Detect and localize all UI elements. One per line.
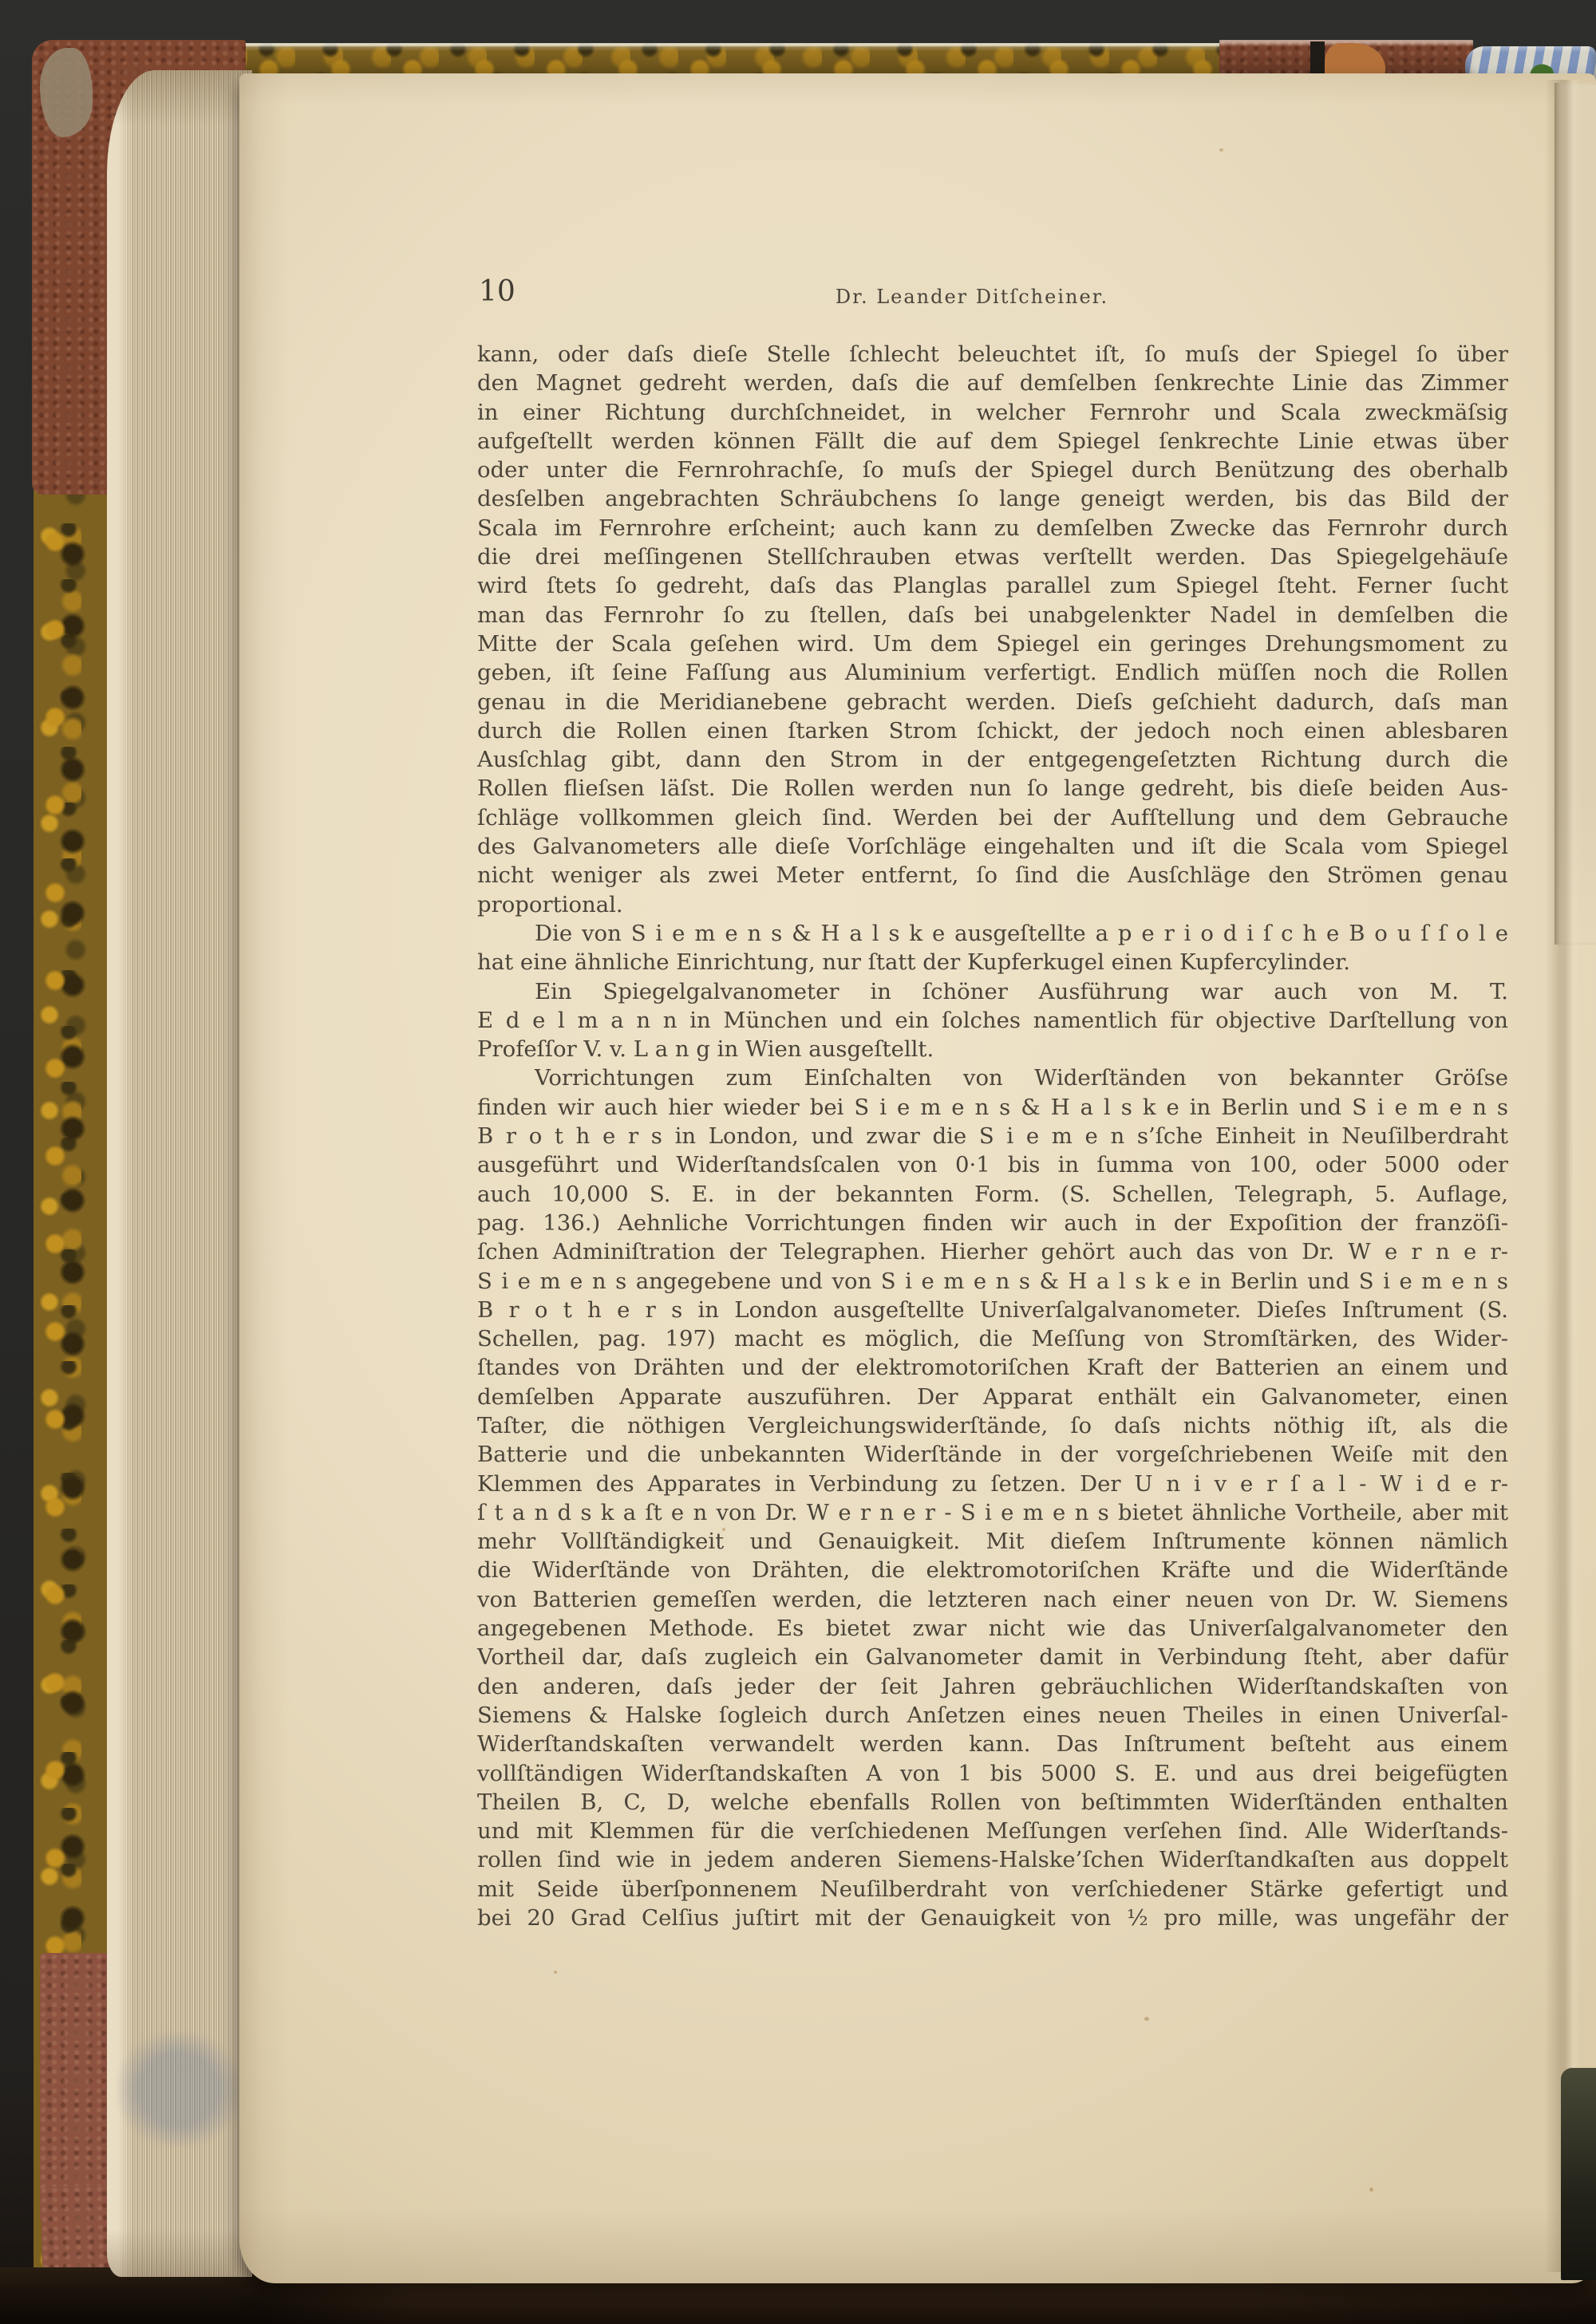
text-line: man das Fernrohr ſo zu ſtellen, daſs bei…: [477, 601, 1508, 629]
text-line: Ein Spiegelgalvanometer in ſchöner Ausfü…: [477, 977, 1508, 1006]
text-line: angegebenen Methode. Es bietet zwar nich…: [477, 1614, 1508, 1643]
page-gutter-crease: [1545, 80, 1582, 2272]
text-line: wird ſtets ſo gedreht, daſs das Planglas…: [477, 571, 1508, 600]
text-line: mehr Vollſtändigkeit und Genauigkeit. Mi…: [477, 1527, 1508, 1556]
text-line: und mit Klemmen für die verſchiedenen Me…: [477, 1817, 1508, 1845]
text-line: finden wir auch hier wieder bei S i e m …: [477, 1093, 1508, 1122]
text-line: Vortheil dar, daſs zugleich ein Galvanom…: [477, 1643, 1508, 1671]
text-line: ſtandes von Drähten und der elektromotor…: [477, 1353, 1508, 1382]
text-line: den anderen, daſs jeder der ſeit Jahren …: [477, 1672, 1508, 1701]
text-line: nicht weniger als zwei Meter entfernt, ſ…: [477, 861, 1508, 890]
text-line: Schellen, pag. 197) macht es möglich, di…: [477, 1324, 1508, 1353]
text-line: Widerſtandskaſten verwandelt werden kann…: [477, 1730, 1508, 1758]
fore-edge-stamp: [117, 2033, 241, 2146]
text-line: B r o t h e r s in London, und zwar die …: [477, 1122, 1508, 1150]
scanned-book-photo: 10 Dr. Leander Ditſcheiner. kann, oder d…: [0, 0, 1596, 2324]
text-line: ſ t a n d s k a ſt e n von Dr. W e r n e…: [477, 1498, 1508, 1527]
paper-speck: [1144, 2017, 1149, 2021]
text-line: pag. 136.) Aehnliche Vorrichtungen finde…: [477, 1209, 1508, 1237]
paper-speck: [554, 1971, 557, 1974]
text-line: die Widerſtände von Drähten, die elektro…: [477, 1556, 1508, 1584]
text-line: Batterie und die unbekannten Widerſtände…: [477, 1440, 1508, 1469]
text-line: Taſter, die nöthigen Vergleichungswiderſ…: [477, 1411, 1508, 1440]
page-block-fore-edge: [107, 70, 252, 2277]
text-line: den Magnet gedreht werden, daſs die auf …: [477, 369, 1508, 397]
text-line: aufgeſtellt werden können Fällt die auf …: [477, 427, 1508, 456]
running-header: Dr. Leander Ditſcheiner.: [477, 281, 1467, 313]
text-line: Scala im Fernrohre erſcheint; auch kann …: [477, 514, 1508, 543]
text-line: Vorrichtungen zum Einſchalten von Widerſ…: [477, 1063, 1508, 1092]
text-line: Ausſchlag gibt, dann den Strom in der en…: [477, 745, 1508, 774]
text-line: rollen ſind wie in jedem anderen Siemens…: [477, 1845, 1508, 1874]
text-line: kann, oder daſs dieſe Stelle ſchlecht be…: [477, 340, 1508, 369]
bottom-right-cover-sliver: [1561, 2068, 1596, 2280]
text-line: Profeſſor V. v. L a n g in Wien ausgeſte…: [477, 1035, 1508, 1063]
text-line: bei 20 Grad Celſius juſtirt mit der Gena…: [477, 1904, 1508, 1932]
text-line: die drei meſſingenen Stellſchrauben etwa…: [477, 543, 1508, 571]
text-line: Siemens & Halske ſogleich durch Anſetzen…: [477, 1701, 1508, 1730]
text-line: Die von S i e m e n s & H a l s k e ausg…: [477, 919, 1508, 948]
text-line: Mitte der Scala geſehen wird. Um dem Spi…: [477, 629, 1508, 658]
text-line: geben, iſt ſeine Faſſung aus Aluminium v…: [477, 658, 1508, 687]
text-line: genau in die Meridianebene gebracht werd…: [477, 688, 1508, 716]
text-line: in einer Richtung durchſchneidet, in wel…: [477, 398, 1508, 427]
text-line: ſchläge vollkommen gleich ſind. Werden b…: [477, 803, 1508, 832]
text-line: Rollen flieſsen läſst. Die Rollen werden…: [477, 774, 1508, 803]
worn-patch-top-left: [40, 48, 93, 137]
text-line: Theilen B, C, D, welche ebenfalls Rollen…: [477, 1788, 1508, 1817]
paper-speck: [1369, 2188, 1373, 2192]
text-line: S i e m e n s angegebene und von S i e m…: [477, 1267, 1508, 1296]
text-line: ausgeführt und Widerſtandsſcalen von 0·1…: [477, 1150, 1508, 1179]
text-line: proportional.: [477, 890, 1508, 919]
text-line: B r o t h e r s in London ausgeſtellte U…: [477, 1296, 1508, 1324]
text-line: vollſtändigen Widerſtandskaſten A von 1 …: [477, 1759, 1508, 1788]
paper-speck: [1219, 148, 1223, 152]
page-text: kann, oder daſs dieſe Stelle ſchlecht be…: [477, 340, 1508, 1932]
text-line: desſelben angebrachten Schräubchens ſo l…: [477, 484, 1508, 513]
text-line: Klemmen des Apparates in Verbindung zu ſ…: [477, 1470, 1508, 1498]
text-line: des Galvanometers alle dieſe Vorſchläge …: [477, 832, 1508, 861]
text-line: hat eine ähnliche Einrichtung, nur ſtatt…: [477, 948, 1508, 977]
text-line: durch die Rollen einen ſtarken Strom ſch…: [477, 716, 1508, 745]
text-line: auch 10,000 S. E. in der bekannten Form.…: [477, 1180, 1508, 1209]
text-line: mit Seide überſponnenem Neuſilberdraht v…: [477, 1875, 1508, 1904]
text-line: oder unter die Fernrohrachſe, ſo muſs de…: [477, 456, 1508, 484]
text-line: demſelben Apparate auszuführen. Der Appa…: [477, 1383, 1508, 1411]
text-line: ſchen Adminiſtration der Telegraphen. Hi…: [477, 1237, 1508, 1266]
text-line: E d e l m a n n in München und ein ſolch…: [477, 1006, 1508, 1035]
text-line: von Batterien gemeſſen werden, die letzt…: [477, 1585, 1508, 1614]
